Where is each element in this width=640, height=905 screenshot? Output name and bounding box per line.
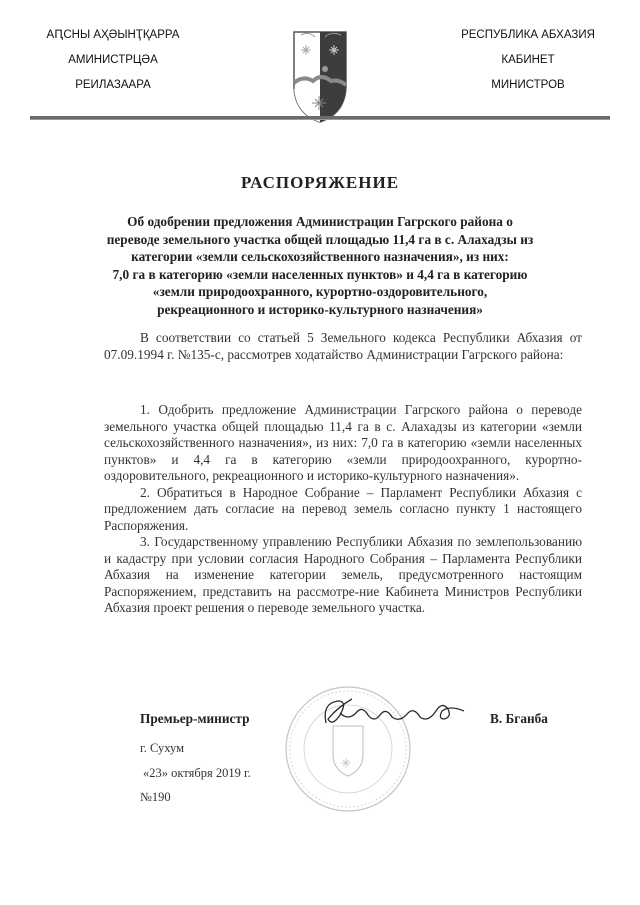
subject-line: «земли природоохранного, курортно-оздоро… <box>100 283 540 301</box>
signatory-name: В. Бганба <box>490 711 548 727</box>
preamble-text: В соответствии со статьей 5 Земельного к… <box>104 330 582 363</box>
subject-line: 7,0 га в категорию «земли населенных пун… <box>100 266 540 284</box>
order-item-2: 2. Обратиться в Народное Собрание – Парл… <box>104 485 582 535</box>
order-item-1: 1. Одобрить предложение Администрации Га… <box>104 402 582 485</box>
signatory-role: Премьер-министр <box>140 711 250 727</box>
subject-line: категории «земли сельскохозяйственного н… <box>100 248 540 266</box>
header-left-line-3: РЕИЛАЗААРА <box>38 76 188 101</box>
header-left-line-1: АԤСНЫ АҲӘЫНҬҚАРРА <box>38 26 188 51</box>
subject-line: рекреационного и историко-культурного на… <box>100 301 540 319</box>
subject-line: переводе земельного участка общей площад… <box>100 231 540 249</box>
document-subject: Об одобрении предложения Администрации Г… <box>100 213 540 318</box>
header-divider <box>30 116 610 120</box>
header-right-line-1: РЕСПУБЛИКА АБХАЗИЯ <box>448 26 608 51</box>
header-left-line-2: АМИНИСТРЦӘА <box>38 51 188 76</box>
header-abkhaz: АԤСНЫ АҲӘЫНҬҚАРРА АМИНИСТРЦӘА РЕИЛАЗААРА <box>38 26 188 101</box>
header-right-line-2: КАБИНЕТ <box>448 51 608 76</box>
document-page: АԤСНЫ АҲӘЫНҬҚАРРА АМИНИСТРЦӘА РЕИЛАЗААРА… <box>0 0 640 905</box>
signature-icon <box>318 693 478 733</box>
issue-city: г. Сухум <box>140 741 184 756</box>
header-russian: РЕСПУБЛИКА АБХАЗИЯ КАБИНЕТ МИНИСТРОВ <box>448 26 608 101</box>
preamble: В соответствии со статьей 5 Земельного к… <box>104 330 582 363</box>
header-right-line-3: МИНИСТРОВ <box>448 76 608 101</box>
order-items: 1. Одобрить предложение Администрации Га… <box>104 402 582 617</box>
document-number: №190 <box>140 790 171 805</box>
subject-line: Об одобрении предложения Администрации Г… <box>100 213 540 231</box>
issue-date: «23» октября 2019 г. <box>143 766 251 781</box>
document-title: РАСПОРЯЖЕНИЕ <box>0 173 640 193</box>
order-item-3: 3. Государственному управлению Республик… <box>104 534 582 617</box>
coat-of-arms-icon <box>291 29 349 125</box>
